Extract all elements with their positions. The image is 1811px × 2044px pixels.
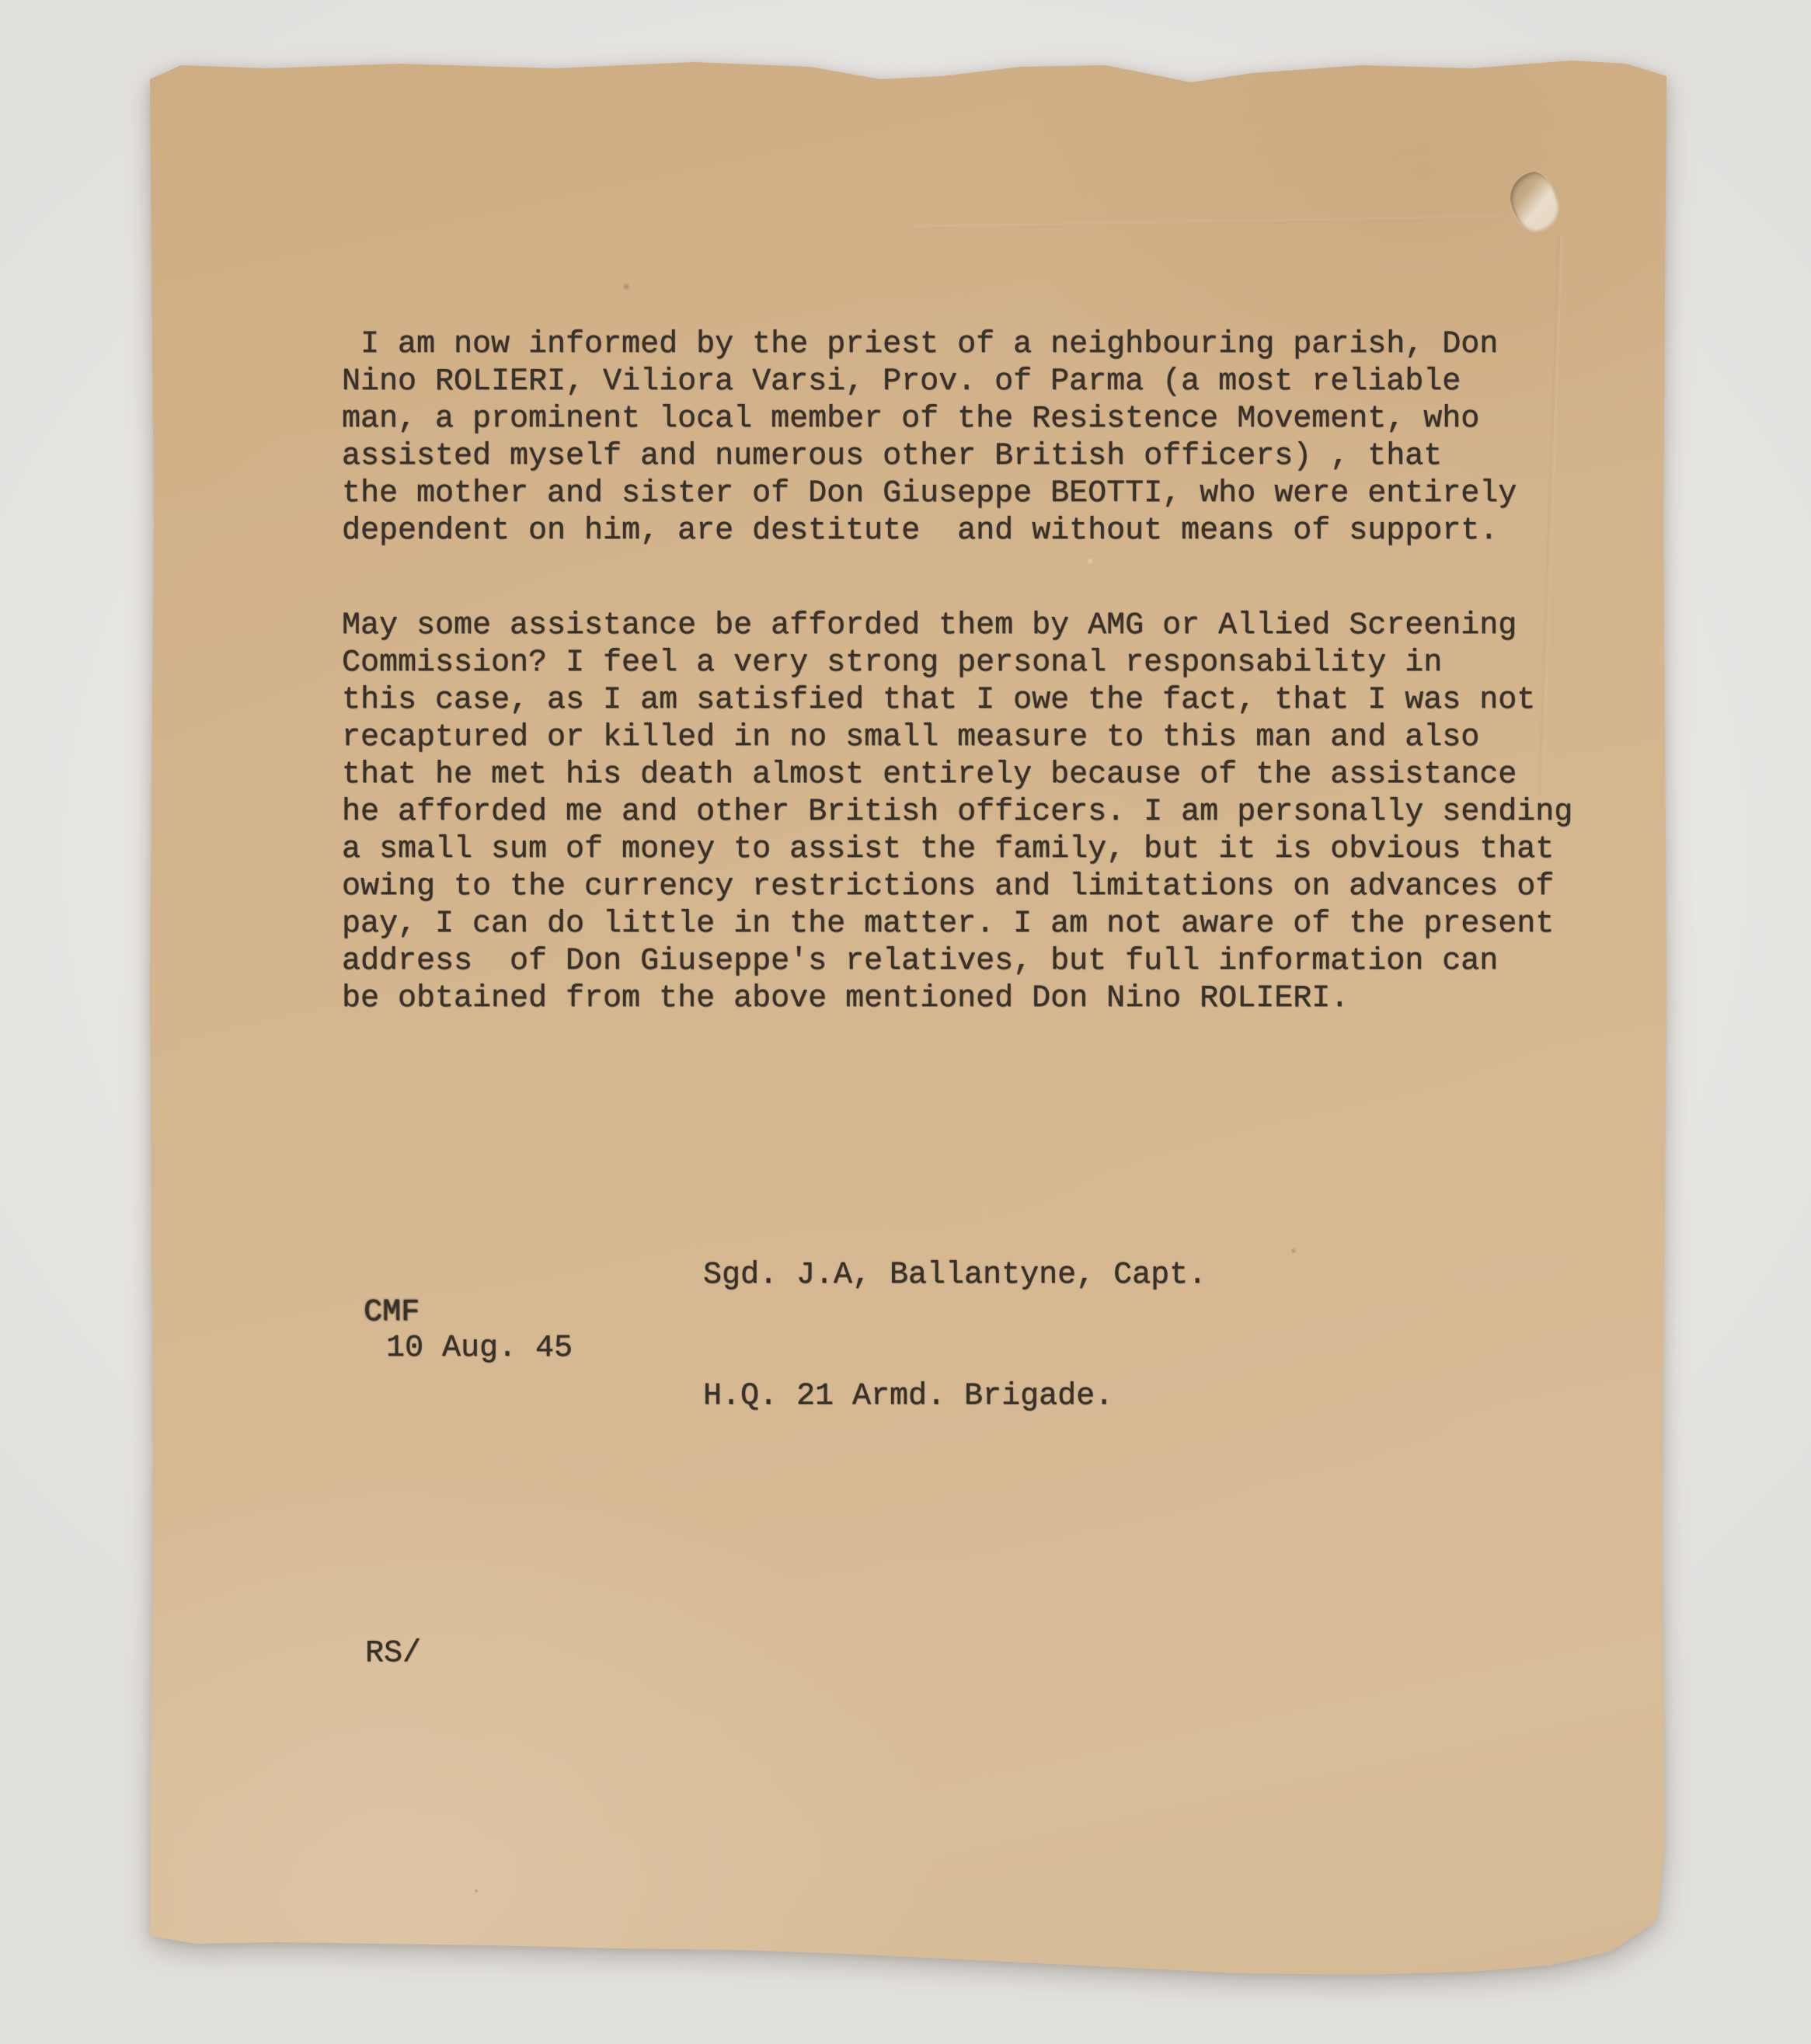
letter-page-wrapper: I am now informed by the priest of a nei… <box>150 56 1666 1984</box>
signature-unit-line: H.Q. 21 Armd. Brigade. <box>703 1377 1207 1417</box>
body-paragraph-2: May some assistance be afforded them by … <box>342 608 1572 1018</box>
signature-block: Sgd. J.A, Ballantyne, Capt. H.Q. 21 Armd… <box>703 1175 1207 1498</box>
letter-date: 10 Aug. 45 <box>386 1330 573 1367</box>
scanner-background: I am now informed by the priest of a nei… <box>0 0 1811 2044</box>
letter-page: I am now informed by the priest of a nei… <box>150 56 1666 1984</box>
typist-reference-initials: RS/ <box>365 1635 421 1673</box>
body-paragraph-1: I am now informed by the priest of a nei… <box>342 326 1517 550</box>
paper-crease-horizontal <box>911 215 1502 228</box>
signature-name-line: Sgd. J.A, Ballantyne, Capt. <box>703 1255 1207 1296</box>
paper-tear-hole <box>1506 169 1562 234</box>
theatre-code: CMF <box>364 1294 420 1332</box>
